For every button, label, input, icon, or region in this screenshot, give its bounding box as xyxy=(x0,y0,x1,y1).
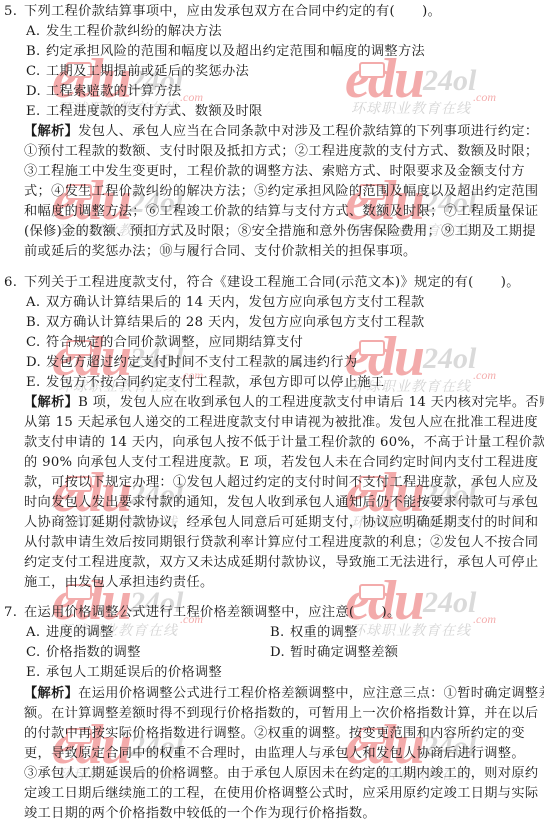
question-stem: 在运用价格调整公式进行工程价格差额调整中，应注意( )。 xyxy=(24,603,401,623)
analysis-line: 式；④发生工程价款纠纷的解决方法；⑤约定承担风险的范围及幅度以及超出约定范围 xyxy=(24,182,538,202)
analysis-line: 定竣工日期后继续施工的工程，在使用价格调整公式时，应采用原约定竣工日期与实际 xyxy=(24,784,538,804)
option-b: B.约定承担风险的范围和幅度以及超出约定范围和幅度的调整方法 xyxy=(26,42,425,62)
analysis-line: 前或延后的奖惩办法；⑩与履行合同、支付价款相关的担保事项。 xyxy=(24,242,417,262)
option-c: C.价格指数的调整 xyxy=(26,643,141,663)
watermark-badge-icon xyxy=(359,340,385,356)
question-stem-row: 6. 下列关于工程进度款支付，符合《建设工程施工合同(示范文本)》规定的有( )… xyxy=(0,273,544,293)
option-c: C.符合规定的合同价款调整，应同期结算支付 xyxy=(26,333,303,353)
option-d: D.工程索赔款的计算方法 xyxy=(26,82,181,102)
option-b: B.双方确认计算结果后的 28 天内，发包方应向承包方支付工程款 xyxy=(26,313,425,333)
analysis-line: 更，导致原定合同中的权重不合理时，由监理人与承包人和发包人协商后进行调整。 xyxy=(24,744,525,764)
analysis-line: 施工，由发包人承担违约责任。 xyxy=(24,573,214,593)
question-number: 6. xyxy=(4,273,17,293)
option-c: C.工期及工期提前或延后的奖惩办法 xyxy=(26,62,249,82)
analysis-line: 约定支付工程进度款，双方又未达成延期付款协议，导致施工无法进行，承包人可停止 xyxy=(24,553,538,573)
question-stem: 下列关于工程进度款支付，符合《建设工程施工合同(示范文本)》规定的有( )。 xyxy=(24,273,520,293)
option-e: E.发包方不按合同约定支付工程款，承包方即可以停止施工 xyxy=(26,373,384,393)
question-number: 5. xyxy=(4,2,17,22)
option-d: D.暂时确定调整差额 xyxy=(270,643,398,663)
analysis-label: 【解析】 xyxy=(24,395,78,410)
analysis-line: ③工程施工中发生变更时，工程价款的调整方法、索赔方式、时限要求及金额支付方 xyxy=(24,162,525,182)
analysis-line: 额。在计算调整差额时得不到现行价格指数的，可暂用上一次价格指数计算，并在以后 xyxy=(24,704,538,724)
analysis-line: 【解析】在运用价格调整公式进行工程价格差额调整中，应注意三点：①暂时确定调整差 xyxy=(24,684,544,704)
question-stem: 下列工程价款结算事项中，应由发承包双方在合同中约定的有( )。 xyxy=(24,2,441,22)
analysis-label: 【解析】 xyxy=(24,124,78,139)
option-d: D.发包方超过约定支付时间不支付工程款的属违约行为 xyxy=(26,353,357,373)
analysis-line: 从付款申请生效后按同期银行贷款利率计算应付工程进度款的利息；②发包人不按合同 xyxy=(24,533,538,553)
watermark-badge-icon xyxy=(359,62,385,78)
analysis-line: 的付款中再按实际价格指数进行调整。②权重的调整。按变更范围和内容所约定的变 xyxy=(24,724,525,744)
analysis-line: 款，可按以下规定办理：①发包人超过约定的支付时间不支付工程进度款，承包人应及 xyxy=(24,473,538,493)
option-e: E.承包人工期延误后的价格调整 xyxy=(26,663,222,683)
analysis-line: ①预付工程款的数额、支付时限及抵扣方式；②工程进度款的支付方式、数额及时限； xyxy=(24,142,538,162)
question-stem-row: 7. 在运用价格调整公式进行工程价格差额调整中，应注意( )。 xyxy=(0,603,544,623)
analysis-line: 和幅度的调整方法；⑥工程竣工价款的结算与支付方式、数额及时限；⑦工程质量保证 xyxy=(24,202,538,222)
analysis-line: 从第 15 天起承包人递交的工程进度款支付申请视为被批准。发包人应在批准工程进度 xyxy=(24,413,538,433)
option-b: B.权重的调整 xyxy=(270,623,358,643)
option-a: A.发生工程价款纠纷的解决方法 xyxy=(26,22,222,42)
analysis-line: 的 90% 向承包人支付工程进度款。E 项，若发包人未在合同约定时间内支付工程进… xyxy=(24,453,538,473)
watermark-badge-icon xyxy=(359,584,385,600)
watermark-logo: edu24ol .com 环球职业教育在线 xyxy=(345,56,476,118)
analysis-line: ③承包人工期延误后的价格调整。由于承包人原因未在约定的工期内竣工的，则对原约 xyxy=(24,764,538,784)
analysis-line: 竣工日期的两个价格指数中较低的一个作为现行价格指数。 xyxy=(24,804,376,821)
option-e: E.工程进度款的支付方式、数额及时限 xyxy=(26,102,263,122)
analysis-label: 【解析】 xyxy=(24,686,78,701)
analysis-line: (保修)金的数额、预扣方式及时限；⑧安全措施和意外伤害保险费用；⑨工期及工期提 xyxy=(24,222,536,242)
analysis-line: 【解析】B 项，发包人应在收到承包人的工程进度款支付申请后 14 天内核对完毕。… xyxy=(24,393,544,413)
analysis-line: 款支付申请的 14 天内，向承包人按不低于计量工程价款的 60%，不高于计量工程… xyxy=(24,433,544,453)
analysis-line: 时向发包人发出要求付款的通知，发包人收到承包人通知后仍不能按要求付款可与承包 xyxy=(24,493,538,513)
option-a: A.双方确认计算结果后的 14 天内，发包方应向承包方支付工程款 xyxy=(26,293,425,313)
option-a: A.进度的调整 xyxy=(26,623,114,643)
question-number: 7. xyxy=(4,603,17,623)
analysis-line: 【解析】发包人、承包人应当在合同条款中对涉及工程价款结算的下列事项进行约定： xyxy=(24,122,538,142)
analysis-line: 人协商签订延期付款协议，经承包人同意后可延期支付，协议应明确延期支付的时间和 xyxy=(24,513,538,533)
exam-page: edu24ol .com 环球职业教育在线 edu24ol .com 环球职业教… xyxy=(0,0,544,821)
question-stem-row: 5. 下列工程价款结算事项中，应由发承包双方在合同中约定的有( )。 xyxy=(0,2,544,22)
